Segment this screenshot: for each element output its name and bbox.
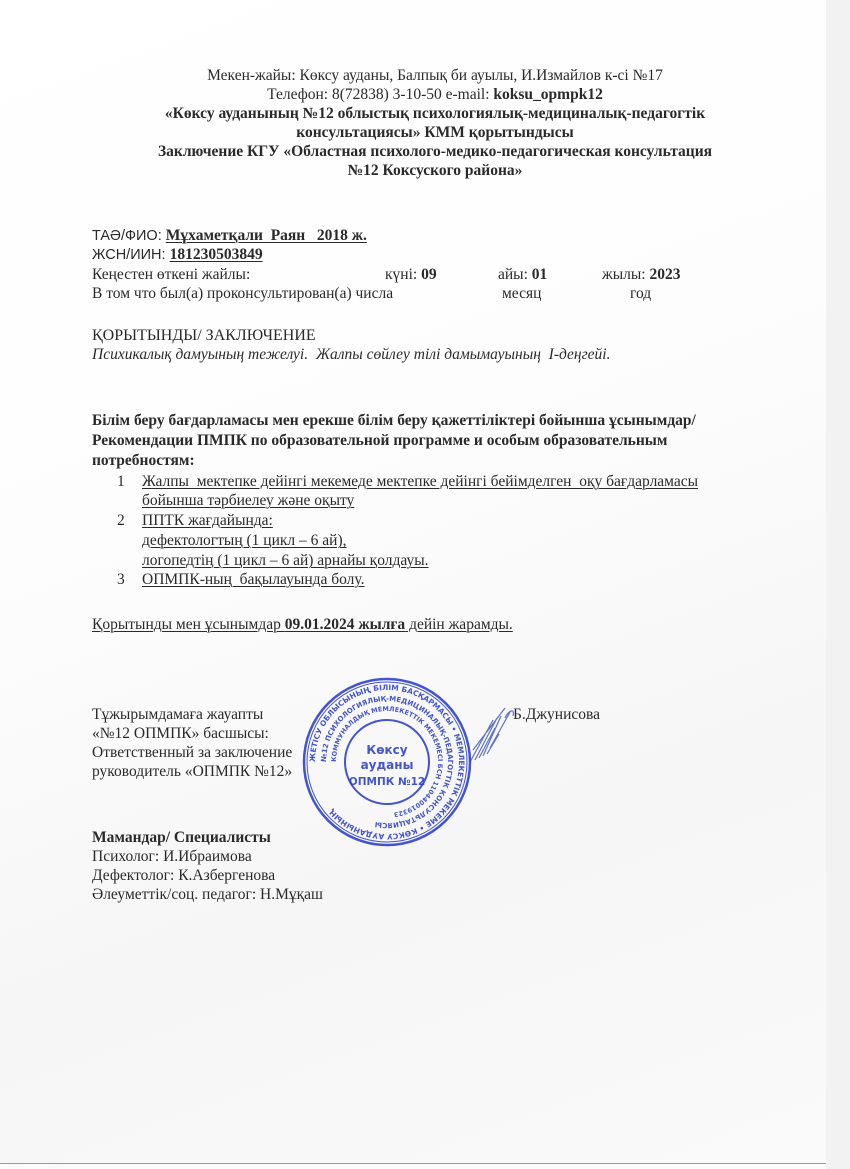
validity-date: 09.01.2024 жылға (285, 616, 405, 633)
stamp-center-line1: Көксу (366, 743, 407, 757)
recommendations-heading-line3: потребностям: (92, 451, 195, 470)
specialist-item: Әлеуметтік/соц. педагог: Н.Мұқаш (92, 885, 323, 904)
title-ru-line1: Заключение КГУ «Областная психолого-меди… (0, 142, 850, 161)
day-label: күні: (385, 266, 421, 283)
list-item-number: 2 (117, 512, 125, 530)
consultation-ru-label: В том что был(а) проконсультирован(а) чи… (92, 284, 393, 303)
fio-row: ТАӘ/ФИО: Мұхаметқали Раян 2018 ж. (92, 226, 367, 246)
title-ru-line2: №12 Коксуского района» (0, 161, 850, 180)
month-label: айы: (498, 266, 532, 283)
day-field: күні: 09 (385, 265, 437, 284)
responsible-line4: руководитель «ОПМПК №12» (92, 762, 292, 781)
specialist-item: Психолог: И.Ибраимова (92, 847, 252, 866)
specialists-heading: Мамандар/ Специалисты (92, 828, 271, 847)
list-item-line: ППТК жағдайында: (142, 512, 273, 530)
responsible-name: Б.Джунисова (513, 705, 600, 724)
contact-line: Телефон: 8(72838) 3-10-50 e-mail: koksu_… (0, 85, 850, 104)
title-kz-line2: консультациясы» КММ қорытындысы (0, 123, 850, 142)
stamp-center-line2: ауданы (361, 758, 414, 772)
list-item-line: ОПМПК-ның бақылауында болу. (142, 571, 365, 589)
address-line: Мекен-жайы: Көксу ауданы, Балпық би ауыл… (0, 66, 850, 85)
iin-row: ЖСН/ИИН: 181230503849 (92, 245, 263, 265)
list-item-line: бойынша тәрбиелеу және оқыту (142, 492, 354, 510)
specialist-item: Дефектолог: К.Азбергенова (92, 866, 275, 885)
consultation-kz-label: Кеңестен өткені жайлы: (92, 265, 250, 284)
official-stamp: ЖЕТІСУ ОБЛЫСЫНЫҢ БІЛІМ БАСҚАРМАСЫ • МЕМЛ… (301, 676, 473, 848)
conclusion-text: Психикалық дамуының тежелуі. Жалпы сөйле… (92, 345, 610, 364)
conclusion-heading: ҚОРЫТЫНДЫ/ ЗАКЛЮЧЕНИЕ (92, 326, 316, 345)
month-field: айы: 01 (498, 265, 547, 284)
phone-label: Телефон: 8(72838) 3-10-50 e-mail: (267, 86, 493, 103)
validity-suffix: дейін жарамды. (405, 616, 513, 633)
responsible-line2: «№12 ОПМПК» басшысы: (92, 724, 269, 743)
ru-month-label: месяц (502, 284, 541, 303)
list-item-number: 3 (117, 571, 125, 589)
validity-prefix: Қорытынды мен ұсынымдар (92, 616, 285, 633)
day-value: 09 (421, 266, 437, 283)
responsible-line3: Ответственный за заключение (92, 743, 292, 762)
email-value: koksu_opmpk12 (493, 86, 602, 103)
list-item-number: 1 (117, 473, 125, 491)
list-item-line: дефектологтың (1 цикл – 6 ай), (142, 532, 347, 550)
year-label: жылы: (602, 266, 649, 283)
recommendations-heading-line2: Рекомендации ПМПК по образовательной про… (92, 431, 667, 450)
year-value: 2023 (649, 266, 680, 283)
iin-label: ЖСН/ИИН: (92, 247, 170, 263)
year-field: жылы: 2023 (602, 265, 680, 284)
month-value: 01 (532, 266, 548, 283)
signature-mark (465, 700, 525, 770)
title-kz-line1: «Көксу ауданының №12 облыстық психология… (0, 104, 850, 123)
iin-value: 181230503849 (170, 246, 263, 263)
recommendations-heading-line1: Білім беру бағдарламасы мен ерекше білім… (92, 411, 696, 430)
ru-year-label: год (630, 284, 651, 303)
list-item-line: Жалпы мектепке дейінгі мекемеде мектепке… (142, 473, 698, 491)
stamp-center-line3: ОПМПК №12 (349, 776, 425, 788)
list-item-line: логопедтің (1 цикл – 6 ай) арнайы қолдау… (142, 552, 429, 570)
validity-line: Қорытынды мен ұсынымдар 09.01.2024 жылға… (92, 615, 513, 634)
fio-value: Мұхаметқали Раян 2018 ж. (166, 227, 367, 244)
responsible-line1: Тұжырымдамаға жауапты (92, 705, 263, 724)
fio-label: ТАӘ/ФИО: (92, 228, 166, 244)
